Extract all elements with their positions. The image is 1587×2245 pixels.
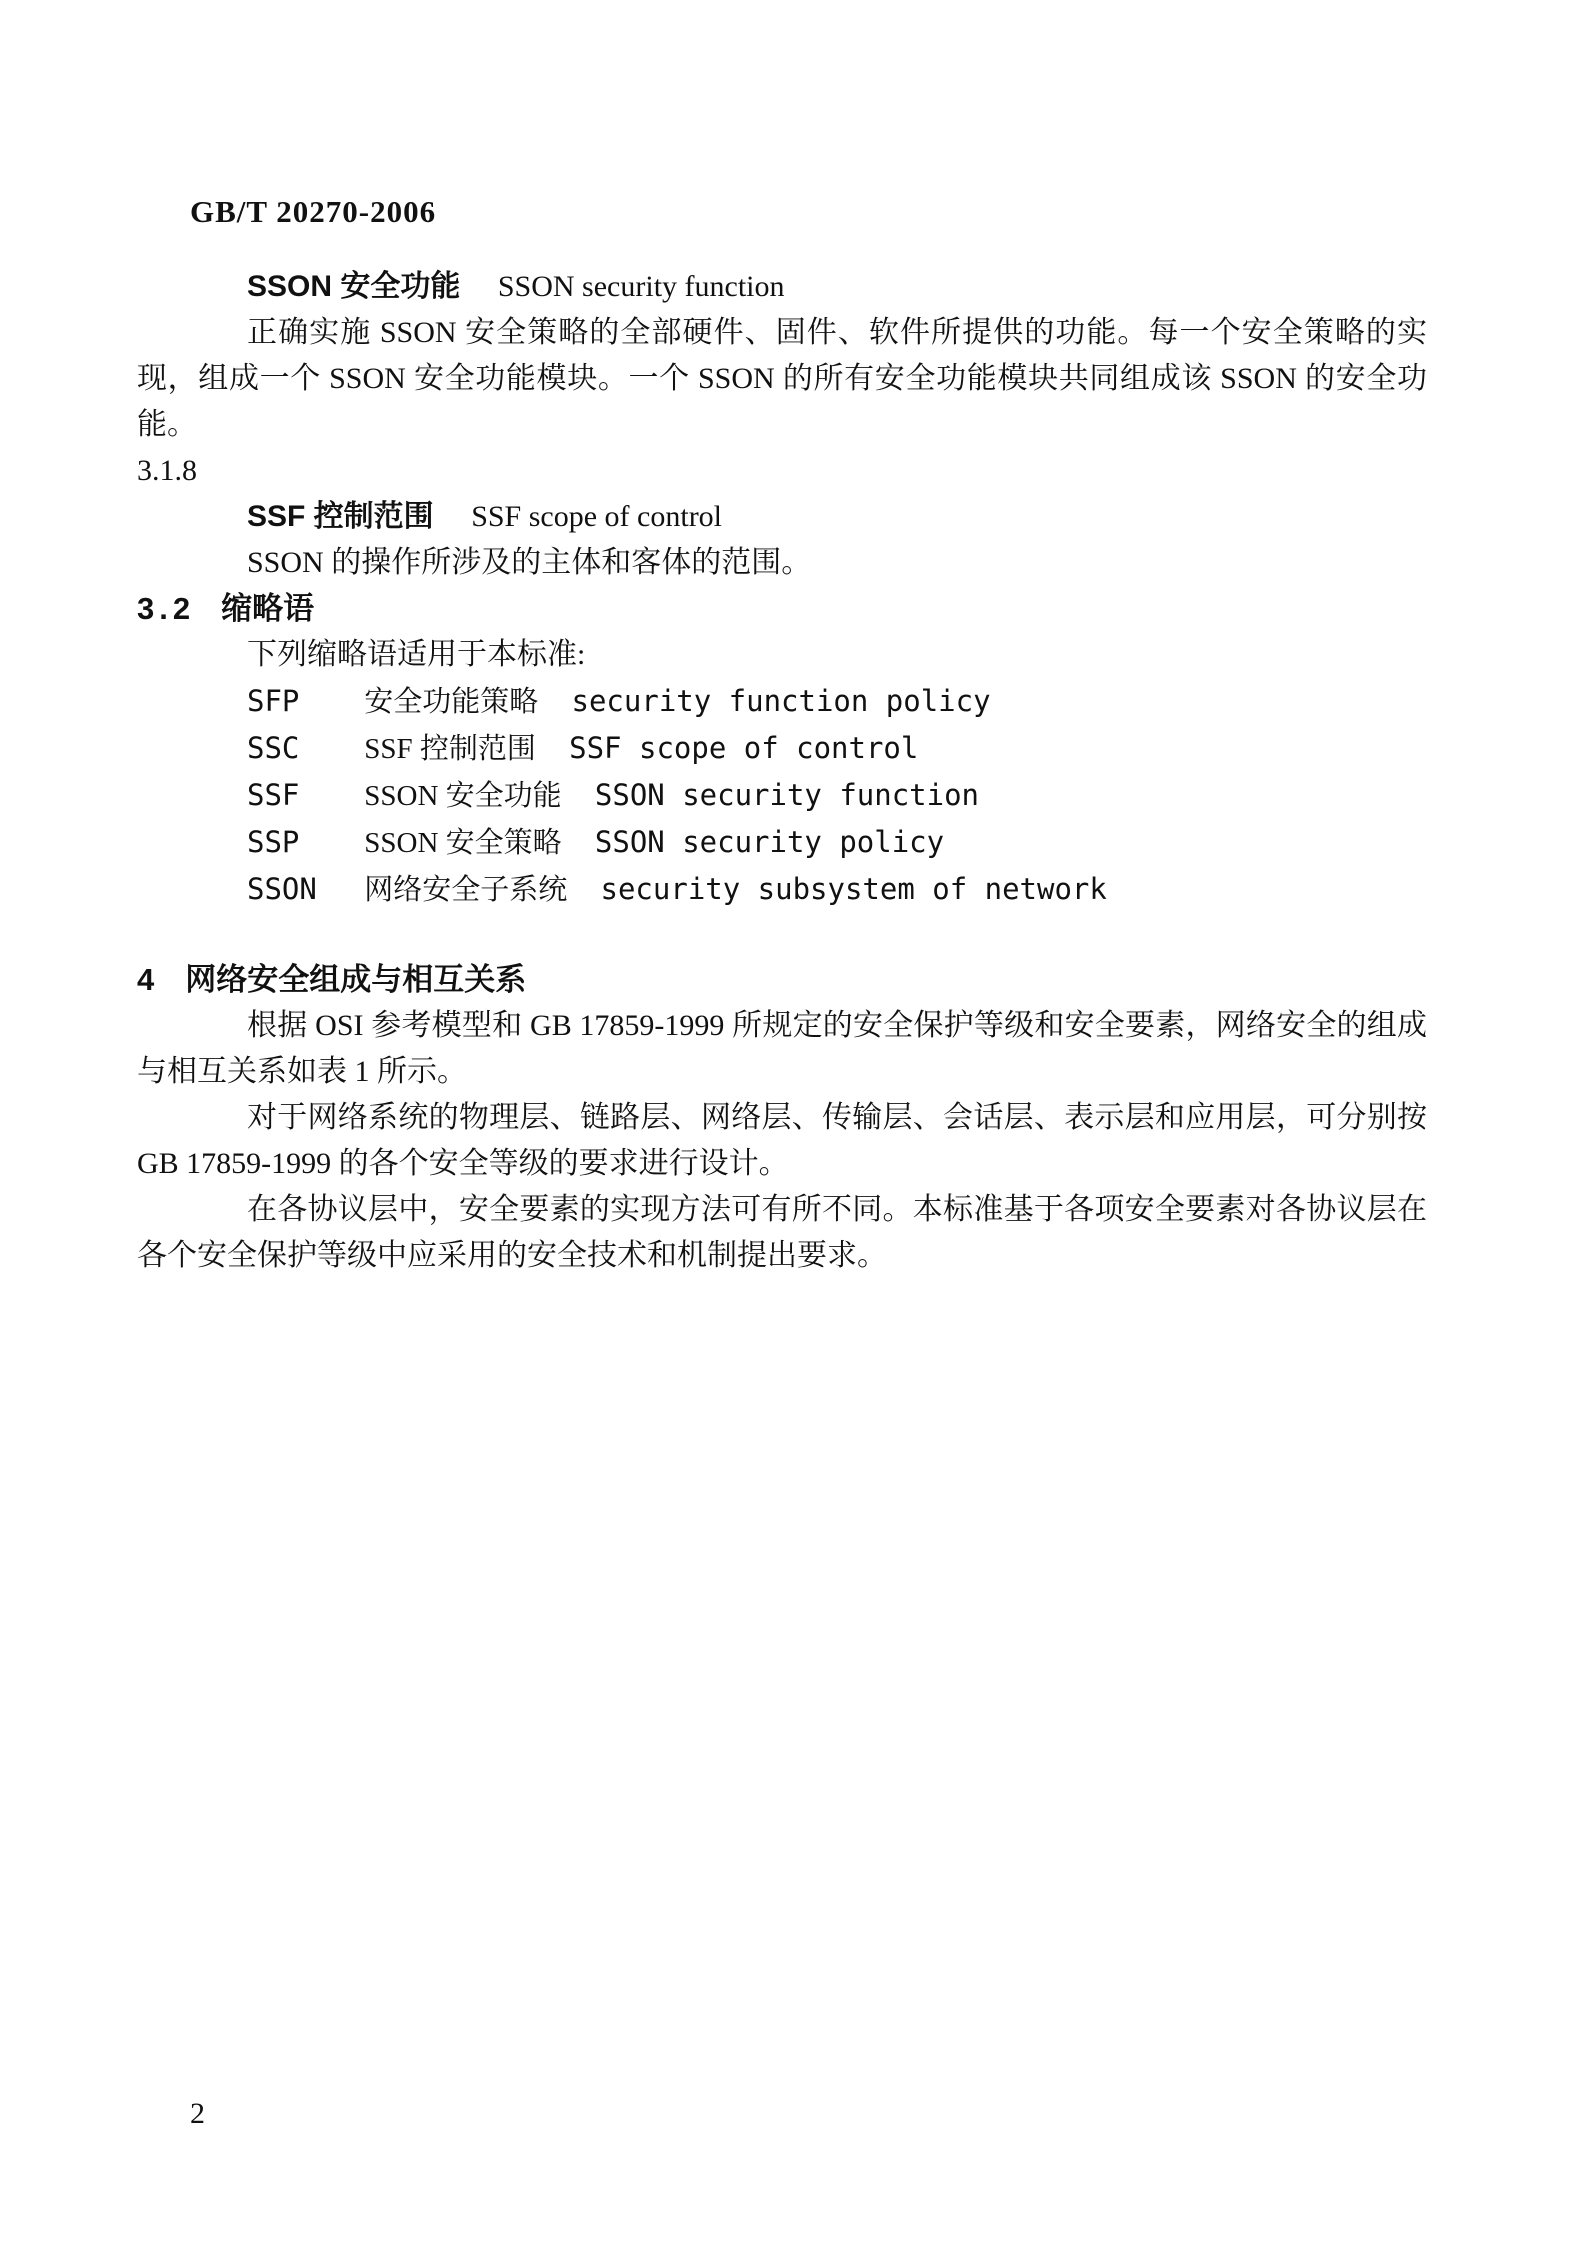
abbr-code: SSON — [247, 866, 357, 912]
section-4-paragraph-1: 根据 OSI 参考模型和 GB 17859-1999 所规定的安全保护等级和安全… — [137, 1003, 1427, 1095]
abbr-code: SFP — [247, 678, 357, 724]
abbr-code: SSF — [247, 772, 357, 818]
section-4-paragraph-2: 对于网络系统的物理层、链路层、网络层、传输层、会话层、表示层和应用层，可分别按 … — [137, 1095, 1427, 1187]
document-page: GB/T 20270-2006 SSON 安全功能 SSON security … — [0, 0, 1587, 2245]
abbr-term-zh: SSON 安全功能 — [364, 780, 561, 812]
abbr-term-zh: SSF 控制范围 — [364, 733, 536, 765]
term-title-zh: SSON 安全功能 — [247, 270, 460, 303]
term-definition: SSON 的操作所涉及的主体和客体的范围。 — [137, 540, 1427, 586]
abbr-row-sfp: SFP 安全功能策略 security function policy — [137, 678, 1427, 725]
term-title-zh: SSF 控制范围 — [247, 500, 434, 533]
section-number: 4 — [137, 962, 159, 997]
section-4-paragraph-3: 在各协议层中，安全要素的实现方法可有所不同。本标准基于各项安全要素对各协议层在各… — [137, 1187, 1427, 1279]
section-number: 3.2 — [137, 591, 195, 626]
abbr-term-en: SSON security function — [595, 778, 979, 812]
section-title: 网络安全组成与相互关系 — [185, 962, 526, 997]
abbr-term-en: SSON security policy — [595, 825, 944, 859]
abbr-row-sson: SSON 网络安全子系统 security subsystem of netwo… — [137, 866, 1427, 913]
abbr-term-en: SSF scope of control — [569, 731, 918, 765]
term-title-en: SSON security function — [498, 270, 785, 303]
clause-number-3-1-8: 3.1.8 — [137, 448, 1427, 494]
abbr-term-zh: SSON 安全策略 — [364, 827, 561, 859]
term-definition: 正确实施 SSON 安全策略的全部硬件、固件、软件所提供的功能。每一个安全策略的… — [137, 310, 1427, 448]
abbreviation-intro: 下列缩略语适用于本标准: — [137, 632, 1427, 678]
abbr-row-ssf: SSF SSON 安全功能 SSON security function — [137, 772, 1427, 819]
abbr-term-zh: 网络安全子系统 — [364, 874, 567, 906]
abbr-term-zh: 安全功能策略 — [364, 686, 538, 718]
section-heading-4: 4网络安全组成与相互关系 — [137, 957, 1427, 1003]
section-title: 缩略语 — [221, 591, 314, 626]
abbr-row-ssp: SSP SSON 安全策略 SSON security policy — [137, 819, 1427, 866]
page-number: 2 — [190, 2096, 205, 2132]
abbr-term-en: security function policy — [572, 684, 991, 718]
section-heading-3-2: 3.2缩略语 — [137, 586, 1427, 632]
abbr-code: SSP — [247, 819, 357, 865]
standard-code-header: GB/T 20270-2006 — [137, 192, 1427, 232]
abbr-code: SSC — [247, 725, 357, 771]
term-title-en: SSF scope of control — [471, 500, 722, 533]
abbr-row-ssc: SSC SSF 控制范围 SSF scope of control — [137, 725, 1427, 772]
term-entry-sson-security-function: SSON 安全功能 SSON security function — [137, 264, 1427, 310]
abbreviation-list: SFP 安全功能策略 security function policy SSC … — [137, 678, 1427, 913]
term-entry-ssf-scope-of-control: SSF 控制范围 SSF scope of control — [137, 494, 1427, 540]
abbr-term-en: security subsystem of network — [601, 872, 1107, 906]
